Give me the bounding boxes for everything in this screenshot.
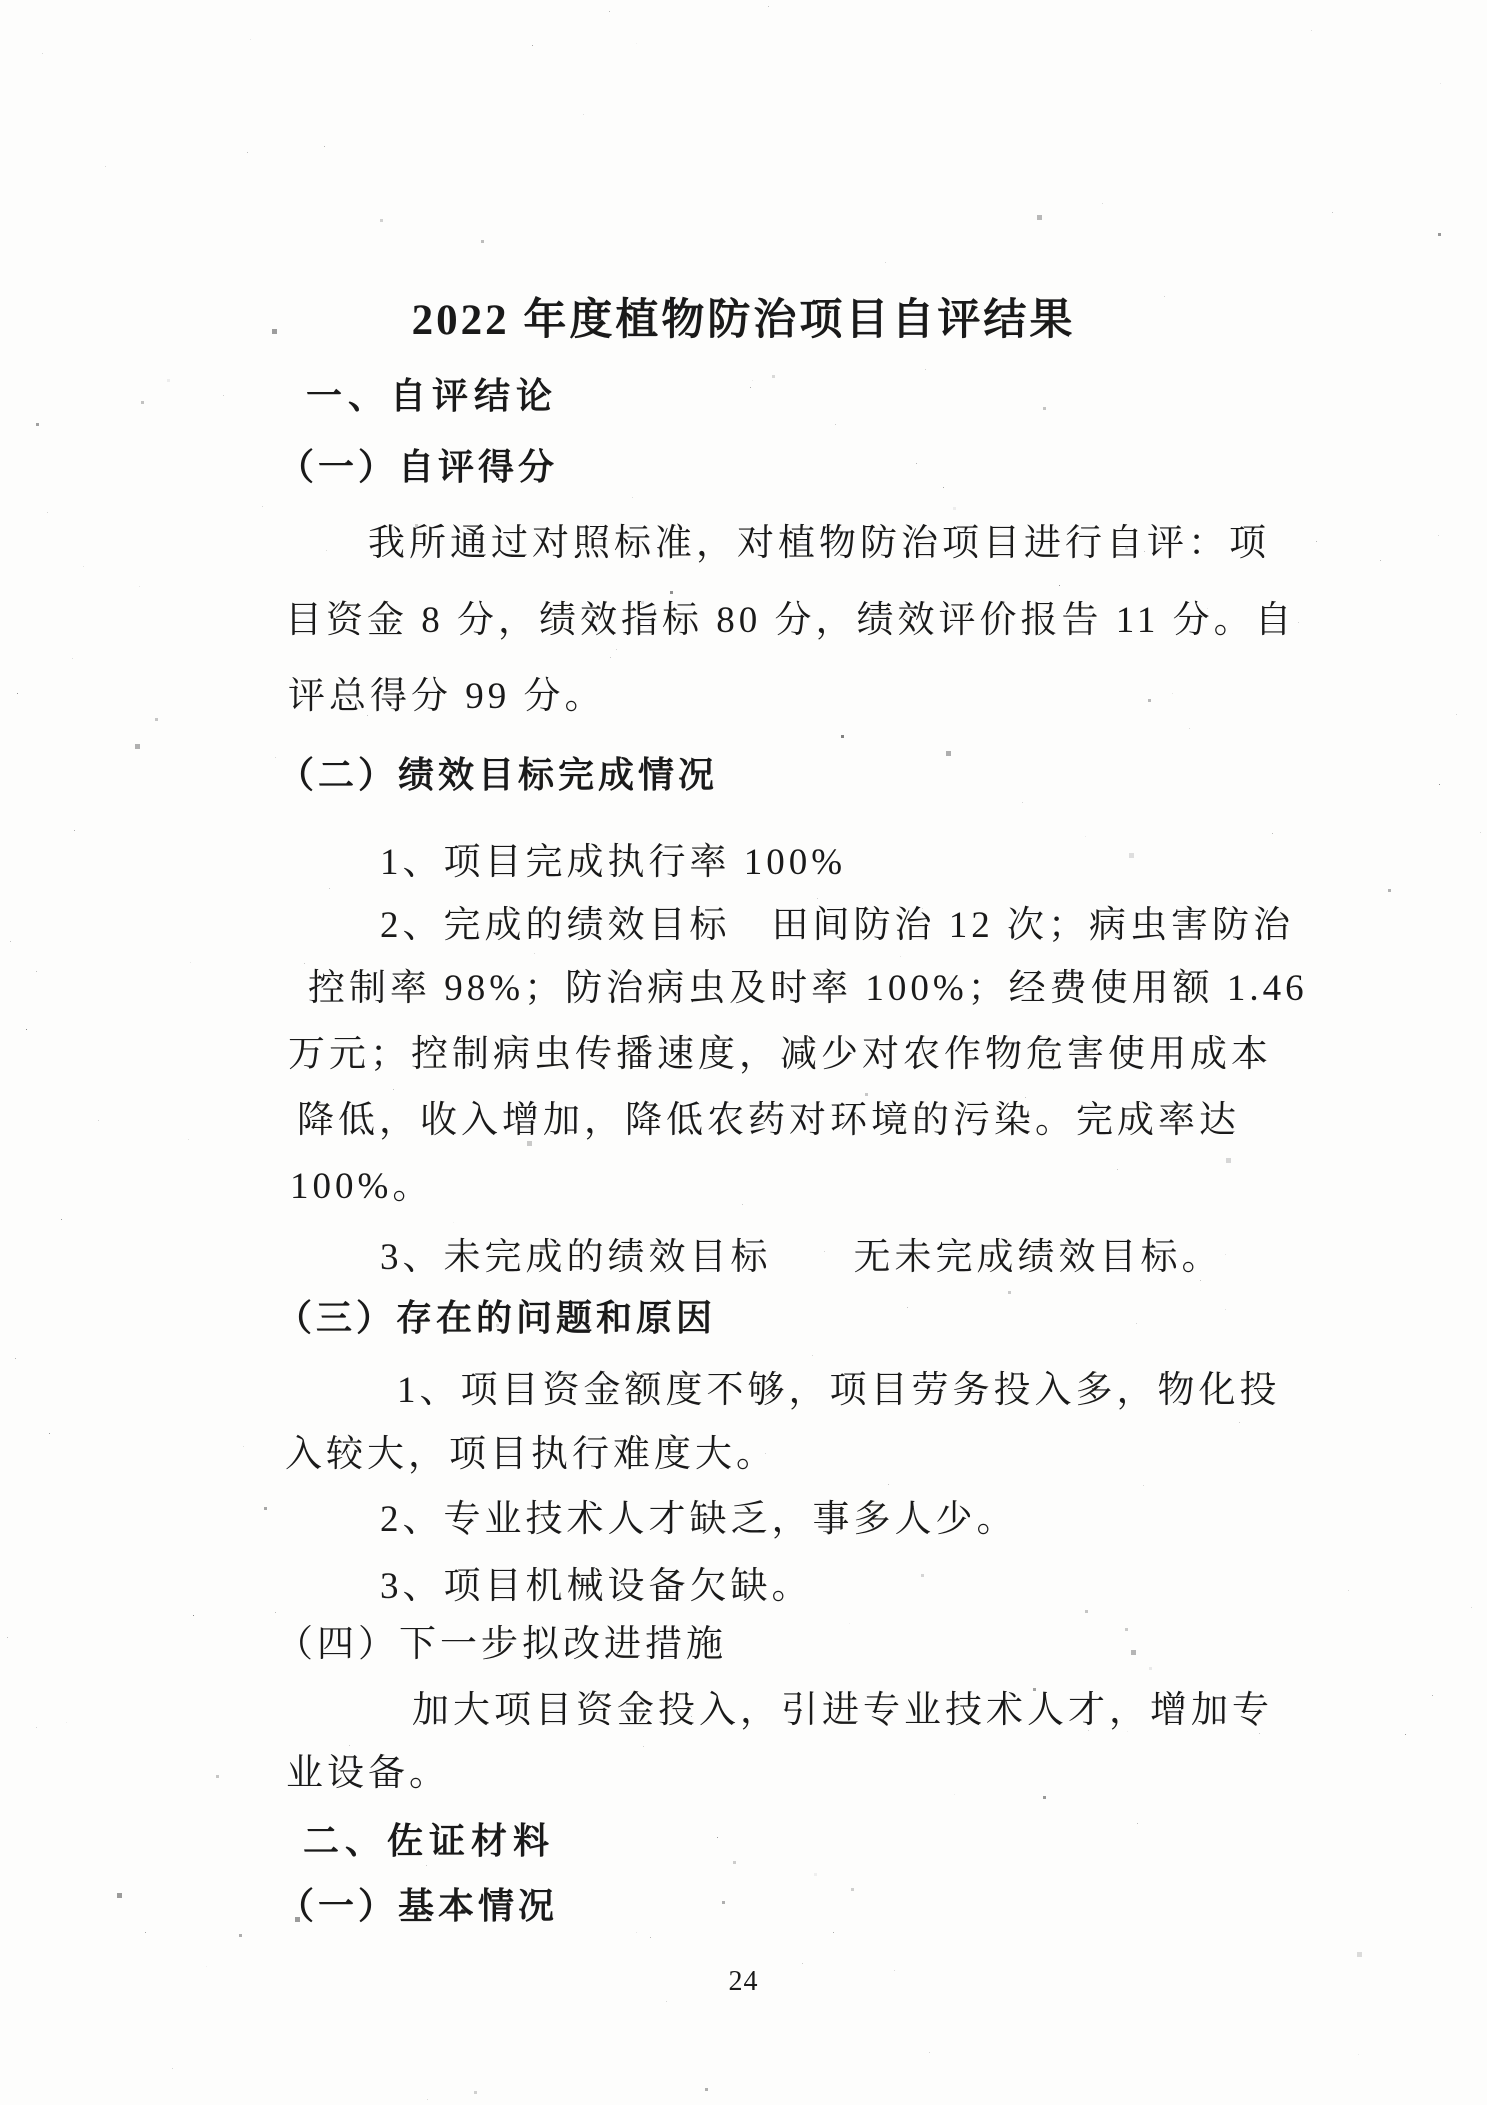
scanned-document-page: 2022 年度植物防治项目自评结果 一、自评结论 （一）自评得分 我所通过对照标… [0,0,1487,2105]
scan-noise-speckles [0,0,1,1]
paragraph-line: 加大项目资金投入，引进专业技术人才，增加专 [412,1690,1273,1733]
paragraph-line: 万元；控制病虫传播速度，减少对农作物危害使用成本 [288,1034,1272,1077]
list-item: 1、项目资金额度不够，项目劳务投入多，物化投 [397,1370,1281,1413]
list-item: 1、项目完成执行率 100% [380,842,846,885]
paragraph-line: 控制率 98%；防治病虫及时率 100%；经费使用额 1.46 [308,968,1308,1011]
subsection-heading-problems: （三）存在的问题和原因 [276,1297,716,1338]
list-item: 3、未完成的绩效目标 无未完成绩效目标。 [380,1237,1223,1280]
section-heading-conclusion: 一、自评结论 [306,375,558,416]
paragraph-line: 降低，收入增加，降低农药对环境的污染。完成率达 [297,1100,1240,1143]
document-title: 2022 年度植物防治项目自评结果 [0,286,1487,347]
subsection-heading-score: （一）自评得分 [278,446,558,487]
list-item: 2、完成的绩效目标 田间防治 12 次；病虫害防治 [380,905,1294,948]
section-heading-materials: 二、佐证材料 [303,1820,555,1861]
page-number: 24 [0,1966,1487,1998]
list-item: 2、专业技术人才缺乏，事多人少。 [380,1499,1018,1542]
subsection-heading-improvements: （四）下一步拟改进措施 [276,1624,727,1667]
paragraph-line: 100%。 [290,1166,433,1209]
subsection-heading-goals: （二）绩效目标完成情况 [278,754,718,795]
paragraph-line: 评总得分 99 分。 [288,676,606,719]
paragraph-line: 我所通过对照标准，对植物防治项目进行自评：项 [368,523,1270,566]
paragraph-line: 目资金 8 分，绩效指标 80 分，绩效评价报告 11 分。自 [285,600,1296,643]
list-item: 3、项目机械设备欠缺。 [380,1566,813,1609]
subsection-heading-basic-info: （一）基本情况 [278,1885,558,1926]
paragraph-line: 入较大，项目执行难度大。 [285,1434,777,1477]
paragraph-line: 业设备。 [286,1753,450,1796]
